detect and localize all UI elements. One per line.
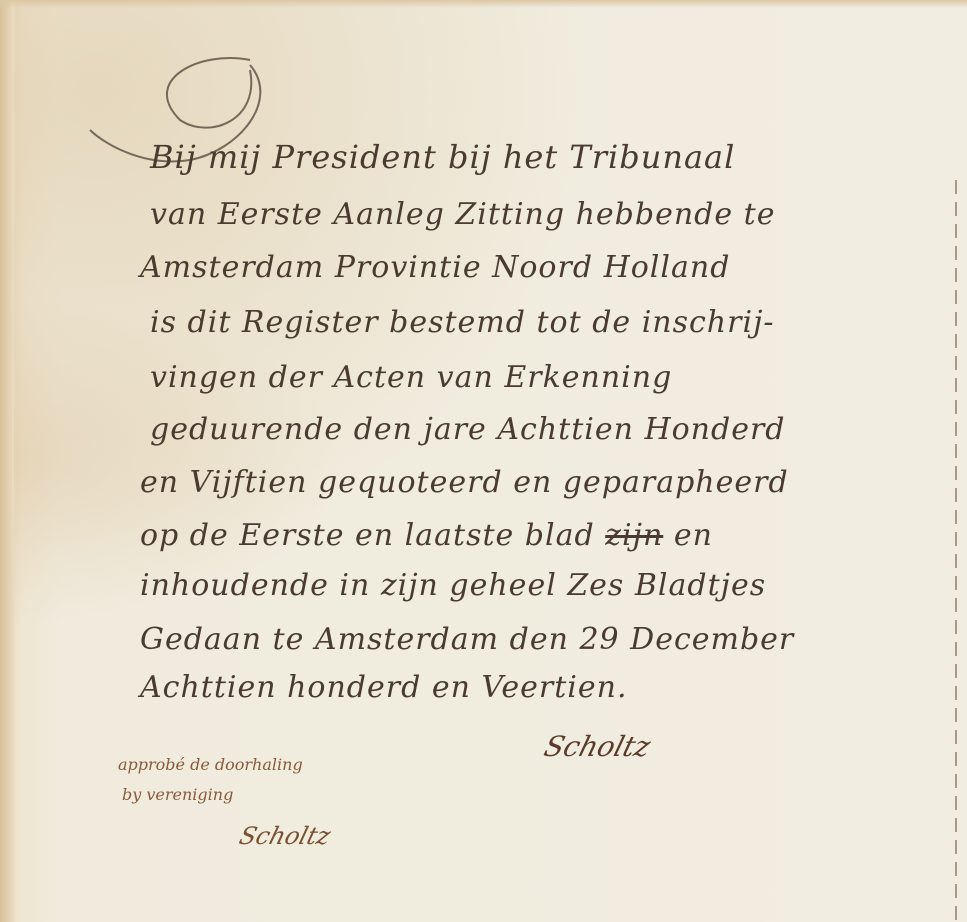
struck-word: zijn bbox=[605, 518, 663, 553]
page-top-edge bbox=[0, 0, 967, 8]
text-line-8: op de Eerste en laatste blad zijn en bbox=[140, 518, 713, 553]
page-edge-stain bbox=[0, 0, 14, 922]
text-line-4: is dit Register bestemd tot de inschrij- bbox=[150, 305, 775, 340]
text-line-11: Achttien honderd en Veertien. bbox=[140, 670, 627, 705]
text-line-2: van Eerste Aanleg Zitting hebbende te bbox=[150, 197, 775, 232]
text-line-6: geduurende den jare Achttien Honderd bbox=[150, 412, 786, 447]
text-line-1: Bij mij President bij het Tribunaal bbox=[150, 138, 735, 176]
text-line-3: Amsterdam Provintie Noord Holland bbox=[140, 250, 730, 285]
text-line-10: Gedaan te Amsterdam den 29 December bbox=[140, 622, 794, 657]
text-line-7: en Vijftien gequoteerd en geparapheerd bbox=[140, 465, 789, 500]
margin-note-line-2: by vereniging bbox=[122, 785, 233, 804]
document-page: Bij mij President bij het Tribunaal van … bbox=[0, 0, 967, 922]
margin-note-signature: Scholtz bbox=[236, 822, 333, 850]
signature-main: Scholtz bbox=[541, 730, 655, 763]
margin-note-line-1: approbé de doorhaling bbox=[118, 755, 303, 774]
text-line-9: inhoudende in zijn geheel Zes Bladtjes bbox=[140, 568, 766, 603]
text-line-8-suffix: en bbox=[674, 518, 713, 553]
text-line-5: vingen der Acten van Erkenning bbox=[150, 360, 672, 395]
text-line-8-main: op de Eerste en laatste blad bbox=[140, 518, 595, 553]
binding-margin-line bbox=[955, 180, 957, 922]
